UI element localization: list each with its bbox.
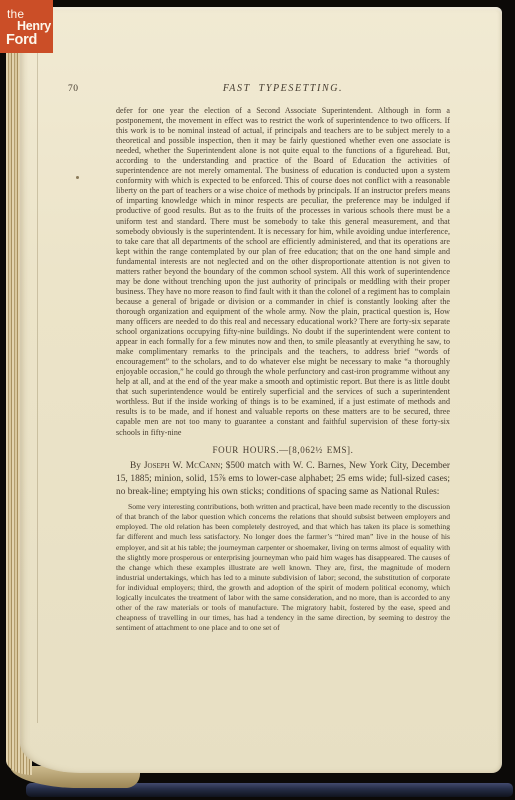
byline-prefix: By xyxy=(130,461,144,471)
byline-name: Joseph W. McCann xyxy=(144,461,220,471)
running-head: FAST TYPESETTING. xyxy=(116,83,450,94)
page-header: 70 FAST TYPESETTING. xyxy=(116,83,450,96)
continuation-paragraph: defer for one year the election of a Sec… xyxy=(116,106,450,438)
book-cover-edge-right xyxy=(500,0,515,795)
paper-speck xyxy=(76,176,79,179)
page-number: 70 xyxy=(68,84,79,94)
byline-paragraph: By Joseph W. McCann; $500 match with W. … xyxy=(116,460,450,500)
page-gutter-line xyxy=(37,7,38,723)
quoted-passage: Some very interesting contributions, bot… xyxy=(116,502,450,633)
scanned-book-page-view: 70 FAST TYPESETTING. defer for one year … xyxy=(0,0,515,800)
henry-ford-logo: the Henry Ford xyxy=(0,0,53,53)
page-content: 70 FAST TYPESETTING. defer for one year … xyxy=(116,83,450,633)
section-heading: FOUR HOURS.—[8,062½ EMS]. xyxy=(116,445,450,455)
logo-text-henry: Henry xyxy=(17,19,51,33)
book-page: 70 FAST TYPESETTING. defer for one year … xyxy=(20,7,502,773)
logo-text-ford: Ford xyxy=(6,32,37,48)
